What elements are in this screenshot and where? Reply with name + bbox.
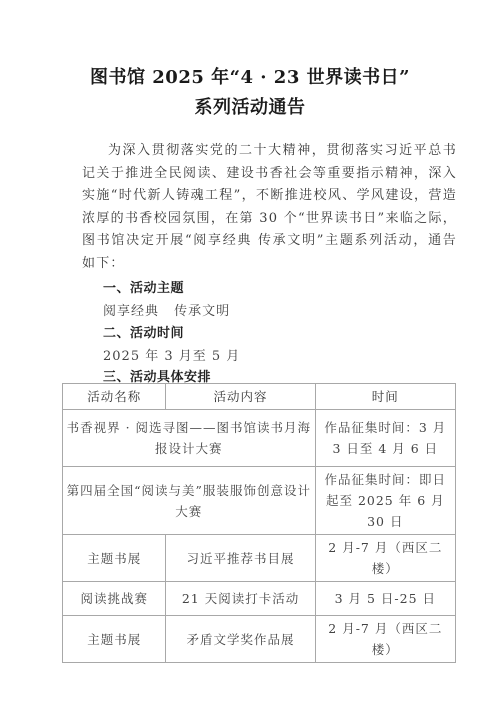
- cell-activity-content: 习近平推荐书目展: [166, 535, 315, 582]
- section-heading-time: 二、活动时间: [103, 322, 184, 341]
- table-row: 主题书展 矛盾文学奖作品展 2 月-7 月（西区二楼）: [63, 616, 456, 663]
- section-content-time: 2025 年 3 月至 5 月: [103, 345, 240, 364]
- table-row: 书香视界 · 阅选寻图——图书馆读书月海报设计大赛 作品征集时间：3 月 3 日…: [63, 410, 456, 467]
- header-activity-name: 活动名称: [63, 384, 166, 410]
- cell-time: 2 月-7 月（西区二楼）: [315, 616, 455, 663]
- table-row: 主题书展 习近平推荐书目展 2 月-7 月（西区二楼）: [63, 535, 456, 582]
- header-time: 时间: [315, 384, 455, 410]
- document-title-line1: 图书馆 2025 年“4 · 23 世界读书日”: [0, 63, 500, 89]
- intro-paragraph: 为深入贯彻落实党的二十大精神，贯彻落实习近平总书记关于推进全民阅读、建设书香社会…: [82, 140, 457, 275]
- cell-activity-content: 21 天阅读打卡活动: [166, 582, 315, 616]
- header-activity-content: 活动内容: [166, 384, 315, 410]
- cell-time: 作品征集时间：3 月 3 日至 4 月 6 日: [315, 410, 455, 467]
- document-title-line2: 系列活动通告: [0, 93, 500, 119]
- cell-time: 2 月-7 月（西区二楼）: [315, 535, 455, 582]
- section-content-theme: 阅享经典 传承文明: [103, 300, 230, 319]
- table-row: 阅读挑战赛 21 天阅读打卡活动 3 月 5 日-25 日: [63, 582, 456, 616]
- cell-activity-name: 阅读挑战赛: [63, 582, 166, 616]
- cell-activity-content: 矛盾文学奖作品展: [166, 616, 315, 663]
- cell-activity-name: 主题书展: [63, 535, 166, 582]
- cell-time: 3 月 5 日-25 日: [315, 582, 455, 616]
- activity-schedule-table: 活动名称 活动内容 时间 书香视界 · 阅选寻图——图书馆读书月海报设计大赛 作…: [62, 383, 456, 663]
- cell-merged-activity: 书香视界 · 阅选寻图——图书馆读书月海报设计大赛: [63, 410, 316, 467]
- document-page: 图书馆 2025 年“4 · 23 世界读书日” 系列活动通告 为深入贯彻落实党…: [0, 0, 500, 707]
- table-row: 第四届全国“阅读与美”服装服饰创意设计大赛 作品征集时间：即日起至 2025 年…: [63, 467, 456, 535]
- cell-time: 作品征集时间：即日起至 2025 年 6 月 30 日: [315, 467, 455, 535]
- cell-activity-name: 主题书展: [63, 616, 166, 663]
- section-heading-theme: 一、活动主题: [103, 277, 184, 296]
- cell-merged-activity: 第四届全国“阅读与美”服装服饰创意设计大赛: [63, 467, 316, 535]
- table-header-row: 活动名称 活动内容 时间: [63, 384, 456, 410]
